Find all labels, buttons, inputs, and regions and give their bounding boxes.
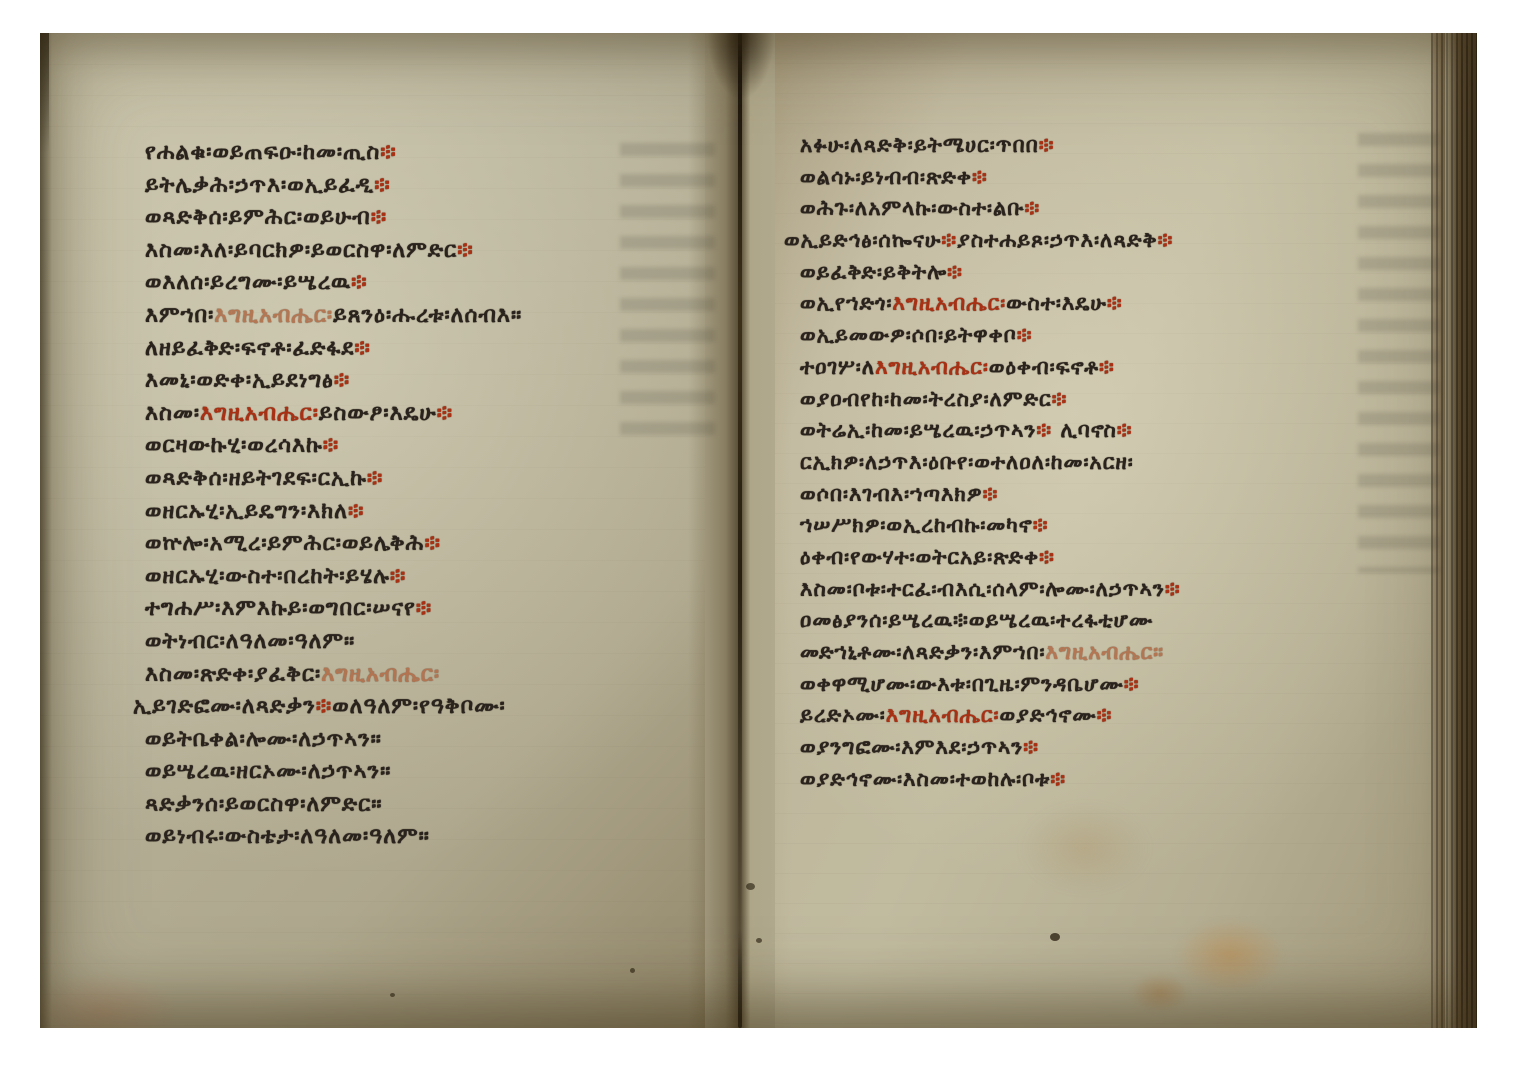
right-page-text-column: አፉሁ፡ለጻድቅ፡ይትሜሀር፡ጥበበ፨ወልሳኑ፡ይነብብ፡ጽድቀ፨ወሕጉ፡ለአም… <box>800 130 1181 795</box>
manuscript-line: ወያድኅኖሙ፡እስመ፡ተወከሉ፡ቦቱ፨ <box>800 764 1181 796</box>
manuscript-line: ኀሠሥክዎ፡ወኢረከብኩ፡መካኖ፨ <box>800 510 1181 542</box>
manuscript-line: ተዐገሦ፡ለእግዚአብሔር፡ወዕቀብ፡ፍኖቶ፨ <box>800 352 1181 384</box>
manuscript-line: አፉሁ፡ለጻድቅ፡ይትሜሀር፡ጥበበ፨ <box>800 130 1181 162</box>
rubric-text: ፨ <box>371 205 387 230</box>
manuscript-line: ወጻድቅሰ፡ዘይትገደፍ፡ርኢኩ፨ <box>145 463 522 496</box>
ink-text: ወኢይመውዎ፡ሶበ፡ይትዋቀቦ <box>800 323 1017 347</box>
rubric-text: እግዚአብሔር፡ <box>214 303 333 328</box>
rubric-text: እግዚአብሔር፡ <box>892 291 1006 315</box>
manuscript-line: ወይሤረዉ፡ዘርኦሙ፡ለኃጥኣን። <box>145 756 522 789</box>
ink-text: ወይፈቅድ፡ይቅትሎ <box>800 260 947 284</box>
ink-text: ወኢይድኅፅ፡ሰኰናሁ <box>784 228 941 252</box>
manuscript-line: ወልሳኑ፡ይነብብ፡ጽድቀ፨ <box>800 162 1181 194</box>
ink-text: እስመ፡ <box>145 401 200 426</box>
rubric-text: ፨ <box>1099 355 1115 379</box>
ink-text: ወይትቤቀል፡ሎሙ፡ለኃጥኣን <box>145 727 371 752</box>
rubric-text: እግዚአብሔር፡ <box>886 703 1000 727</box>
rubric-text: ፨ <box>1165 577 1181 601</box>
ink-text: ይስውፆ፡እዴሁ <box>319 401 437 426</box>
ink-text: ዕቀብ፡የውሃተ፡ወትርአይ፡ጽድቀ <box>800 545 1039 569</box>
rubric-text: ፨ <box>1033 513 1049 537</box>
ink-text: አፉሁ፡ለጻድቅ፡ይትሜሀር፡ጥበበ <box>800 133 1039 157</box>
ink-speck <box>756 938 762 943</box>
ink-text: ውስተ፡እዴሁ <box>1006 291 1107 315</box>
ink-text: ። <box>419 824 430 849</box>
rubric-text: እግዚአብሔር፡ <box>200 401 319 426</box>
rubric-text: ፨ <box>941 228 957 252</box>
ink-text: መድኀኒቶሙ፡ለጻድቃን፡እምኀበ፡ <box>800 640 1045 664</box>
ink-speck <box>630 968 635 973</box>
manuscript-line: ወይነብሩ፡ውስቴታ፡ለዓለመ፡ዓለም። <box>145 821 522 854</box>
ink-text: ወያድኅኖሙ <box>1000 703 1097 727</box>
ink-text: ተግሐሥ፡እምእኩይ፡ወግበር፡ሠናየ <box>145 596 416 621</box>
manuscript-line: ለዘይፈቅድ፡ፍኖቶ፡ፈድፋደ፨ <box>145 333 522 366</box>
manuscript-line: ተግሐሥ፡እምእኩይ፡ወግበር፡ሠናየ፨ <box>145 593 522 626</box>
ink-text: ይጸንዕ፡ሑረቱ፡ለሰብእ <box>333 303 511 328</box>
ink-text: ወሕጉ፡ለአምላኩ፡ውስተ፡ልቡ <box>800 196 1025 220</box>
manuscript-line: ወያንግፎሙ፡እምእደ፡ኃጥኣን፨ <box>800 732 1181 764</box>
ink-text: ወያዐብየከ፡ከመ፡ትረስያ፡ለምድር <box>800 387 1052 411</box>
rubric-text: ፨ <box>367 466 383 491</box>
ink-text: ። <box>344 629 355 654</box>
ink-text: ወያንግፎሙ፡እምእደ፡ኃጥኣን <box>800 735 1023 759</box>
manuscript-line: ዐመፅያንሰ፡ይሤረዉ፨ወይሤረዉ፡ተረፋቲሆሙ <box>800 605 1181 637</box>
manuscript-line: ወእለሰ፡ይረግሙ፡ይሤረዉ፨ <box>145 267 522 300</box>
gutter-crack <box>738 33 742 1028</box>
manuscript-line: እምኀበ፡እግዚአብሔር፡ይጸንዕ፡ሑረቱ፡ለሰብእ። <box>145 300 522 333</box>
ink-text: ያስተሐይጾ፡ኃጥእ፡ለጻድቅ <box>957 228 1157 252</box>
rubric-text: ፨ <box>947 260 963 284</box>
ink-speck <box>1050 933 1060 941</box>
ink-text: ይረድኦሙ፡ <box>800 703 886 727</box>
ink-text: ይትሌቃሕ፡ኃጥእ፡ወኢይፈዲ <box>145 173 374 198</box>
manuscript-line: እስመ፡ቦቱ፡ተርፈ፡ብእሲ፡ሰላም፡ሎሙ፡ለኃጥኣን፨ <box>800 574 1181 606</box>
manuscript-line: ጻድቃንሰ፡ይወርስዋ፡ለምድር። <box>145 789 522 822</box>
ink-text: እመኒ፡ወድቀ፡ኢይደነግፅ <box>145 368 334 393</box>
ink-text: ወትነብር፡ለዓለመ፡ዓለም <box>145 629 344 654</box>
ink-text: ኢይገድፎሙ፡ለጻድቃን <box>133 694 316 719</box>
rubric-text: ፨ <box>316 694 332 719</box>
rubric-text: ፨ <box>348 499 364 524</box>
manuscript-photo: የሐልቁ፡ወይጠፍዑ፡ከመ፡ጢስ፨ይትሌቃሕ፡ኃጥእ፡ወኢይፈዲ፨ወጻድቅሰ፡ይ… <box>40 33 1477 1028</box>
gutter-top-shadow <box>702 33 780 125</box>
manuscript-line: ወኢይድኅፅ፡ሰኰናሁ፨ያስተሐይጾ፡ኃጥእ፡ለጻድቅ፨ <box>784 225 1181 257</box>
ink-text: እስመ፡ጽድቀ፡ያፈቅር፡ <box>145 662 321 687</box>
rubric-text: ፨ <box>437 401 453 426</box>
ink-text: ወዕቀብ፡ፍኖቶ <box>989 355 1099 379</box>
book-left-edge-top <box>40 33 49 153</box>
rubric-text: ፨ <box>1097 703 1113 727</box>
rubric-text: ፨ <box>1036 418 1052 442</box>
rubric-text: ፨ <box>323 433 339 458</box>
ink-text: ። <box>371 727 382 752</box>
manuscript-line: እስመ፡ጽድቀ፡ያፈቅር፡እግዚአብሔር፡ <box>145 659 522 692</box>
manuscript-line: ወርዛውኩሂ፡ወረሳእኩ፨ <box>145 430 522 463</box>
ink-text: እምኀበ፡ <box>145 303 214 328</box>
manuscript-line: ይረድኦሙ፡እግዚአብሔር፡ወያድኅኖሙ፨ <box>800 700 1181 732</box>
manuscript-line: ወይፈቅድ፡ይቅትሎ፨ <box>800 257 1181 289</box>
rubric-text: ፨ <box>1023 735 1039 759</box>
rubric-text: ፨ <box>380 140 396 165</box>
book-fore-edge <box>1431 33 1477 1028</box>
rubric-text: ፨ <box>354 336 370 361</box>
rubric-text: ፨ <box>1039 133 1055 157</box>
ink-text: ፨ <box>953 608 969 632</box>
rubric-text: ፨ <box>425 531 441 556</box>
manuscript-line: ይትሌቃሕ፡ኃጥእ፡ወኢይፈዲ፨ <box>145 170 522 203</box>
manuscript-line: እስመ፡እግዚአብሔር፡ይስውፆ፡እዴሁ፨ <box>145 398 522 431</box>
manuscript-line: ወጻድቅሰ፡ይምሕር፡ወይሁብ፨ <box>145 202 522 235</box>
ink-text: ወዘርኡሂ፡ኢይዴግን፡እክለ <box>145 499 348 524</box>
ink-text: ። <box>511 303 522 328</box>
book-left-edge <box>40 33 52 1028</box>
manuscript-line: ርኢክዎ፡ለኃጥእ፡ዕቡየ፡ወተለዐለ፡ከመ፡አርዘ፡ <box>800 447 1181 479</box>
rubric-text: ፨ <box>1050 767 1066 791</box>
rubric-text: ፨ <box>457 238 473 263</box>
manuscript-line: ወሶበ፡እገብእ፡ኀጣእክዎ፨ <box>800 479 1181 511</box>
ink-text: ለዘይፈቅድ፡ፍኖቶ፡ፈድፋደ <box>145 336 354 361</box>
ink-text: ወርዛውኩሂ፡ወረሳእኩ <box>145 433 323 458</box>
rubric-text: ፨ <box>390 564 406 589</box>
rubric-text: ፨ <box>1017 323 1033 347</box>
ink-text: ወጻድቅሰ፡ይምሕር፡ወይሁብ <box>145 205 371 230</box>
rubric-text: ፨ <box>983 482 999 506</box>
ink-text: ወኢየኀድጎ፡ <box>800 291 892 315</box>
rubric-text: ፨ <box>334 368 350 393</box>
manuscript-line: ወኢይመውዎ፡ሶበ፡ይትዋቀቦ፨ <box>800 320 1181 352</box>
ink-text: ወኵሎ፡አሚረ፡ይምሕር፡ወይሌቅሕ <box>145 531 425 556</box>
ink-speck <box>746 883 755 890</box>
ink-text: ወሶበ፡እገብእ፡ኀጣእክዎ <box>800 482 983 506</box>
ink-text: ኀሠሥክዎ፡ወኢረከብኩ፡መካኖ <box>800 513 1033 537</box>
ink-text: ወለዓለም፡የዓቅቦሙ፡ <box>332 694 505 719</box>
rubric-text: ፨ <box>351 270 367 295</box>
left-page-text-column: የሐልቁ፡ወይጠፍዑ፡ከመ፡ጢስ፨ይትሌቃሕ፡ኃጥእ፡ወኢይፈዲ፨ወጻድቅሰ፡ይ… <box>145 137 522 854</box>
rubric-text: ፨ <box>1124 672 1140 696</box>
rubric-text: ፨ <box>972 165 988 189</box>
manuscript-line: ዕቀብ፡የውሃተ፡ወትርአይ፡ጽድቀ፨ <box>800 542 1181 574</box>
ink-text: ተዐገሦ፡ለ <box>800 355 875 379</box>
manuscript-line: እመኒ፡ወድቀ፡ኢይደነግፅ፨ <box>145 365 522 398</box>
ink-text: ወይሤረዉ፡ተረፋቲሆሙ <box>969 608 1153 632</box>
ink-text: ወቀዋሚሆሙ፡ውእቱ፡በጊዜ፡ምንዳቤሆሙ <box>800 672 1124 696</box>
manuscript-line: ወዘርኡሂ፡ውስተ፡በረከት፡ይሄሉ፨ <box>145 561 522 594</box>
ink-text: ርኢክዎ፡ለኃጥእ፡ዕቡየ፡ወተለዐለ፡ከመ፡አርዘ፡ <box>800 450 1134 474</box>
ink-text: ወዘርኡሂ፡ውስተ፡በረከት፡ይሄሉ <box>145 564 390 589</box>
ink-text: ወትሬኢ፡ከመ፡ይሤረዉ፡ኃጥኣን <box>800 418 1036 442</box>
rubric-text: ፨ <box>1117 418 1133 442</box>
rubric-text: እግዚአብሔር፡ <box>321 662 440 687</box>
book-gutter <box>688 33 792 1028</box>
ink-text: ወልሳኑ፡ይነብብ፡ጽድቀ <box>800 165 972 189</box>
manuscript-line: ወቀዋሚሆሙ፡ውእቱ፡በጊዜ፡ምንዳቤሆሙ፨ <box>800 669 1181 701</box>
ink-text: ወያድኅኖሙ፡እስመ፡ተወከሉ፡ቦቱ <box>800 767 1050 791</box>
manuscript-line: ወዘርኡሂ፡ኢይዴግን፡እክለ፨ <box>145 496 522 529</box>
ink-text: ወይነብሩ፡ውስቴታ፡ለዓለመ፡ዓለም <box>145 824 419 849</box>
ink-text: ወጻድቅሰ፡ዘይትገደፍ፡ርኢኩ <box>145 466 367 491</box>
ink-text: ። <box>380 759 391 784</box>
manuscript-line: ወትሬኢ፡ከመ፡ይሤረዉ፡ኃጥኣን፨ ሊባኖስ፨ <box>800 415 1181 447</box>
manuscript-line: እስመ፡እለ፡ይባርክዎ፡ይወርስዋ፡ለምድር፨ <box>145 235 522 268</box>
rubric-text: ፨ <box>1052 387 1068 411</box>
ink-text: እስመ፡እለ፡ይባርክዎ፡ይወርስዋ፡ለምድር <box>145 238 457 263</box>
rubric-text: ፨ <box>1025 196 1041 220</box>
manuscript-line: ወሕጉ፡ለአምላኩ፡ውስተ፡ልቡ፨ <box>800 193 1181 225</box>
rubric-text: ፨ <box>1039 545 1055 569</box>
manuscript-line: ወይትቤቀል፡ሎሙ፡ለኃጥኣን። <box>145 724 522 757</box>
manuscript-line: የሐልቁ፡ወይጠፍዑ፡ከመ፡ጢስ፨ <box>145 137 522 170</box>
manuscript-line: ወያዐብየከ፡ከመ፡ትረስያ፡ለምድር፨ <box>800 384 1181 416</box>
rubric-text: እግዚአብሔር። <box>1045 640 1164 664</box>
manuscript-line: ወኵሎ፡አሚረ፡ይምሕር፡ወይሌቅሕ፨ <box>145 528 522 561</box>
ink-text: ዐመፅያንሰ፡ይሤረዉ <box>800 608 953 632</box>
ink-text: ወእለሰ፡ይረግሙ፡ይሤረዉ <box>145 270 351 295</box>
rubric-text: ፨ <box>416 596 432 621</box>
ink-text: ሊባኖስ <box>1052 418 1117 442</box>
ink-text: የሐልቁ፡ወይጠፍዑ፡ከመ፡ጢስ <box>145 140 380 165</box>
ink-text: ወይሤረዉ፡ዘርኦሙ፡ለኃጥኣን <box>145 759 380 784</box>
rubric-text: ፨ <box>1107 291 1123 315</box>
ink-text: ጻድቃንሰ፡ይወርስዋ፡ለምድር <box>145 792 371 817</box>
ink-text: እስመ፡ቦቱ፡ተርፈ፡ብእሲ፡ሰላም፡ሎሙ፡ለኃጥኣን <box>800 577 1165 601</box>
manuscript-line: ወኢየኀድጎ፡እግዚአብሔር፡ውስተ፡እዴሁ፨ <box>800 288 1181 320</box>
rubric-text: ፨ <box>374 173 390 198</box>
manuscript-line: መድኀኒቶሙ፡ለጻድቃን፡እምኀበ፡እግዚአብሔር። <box>800 637 1181 669</box>
manuscript-line: ኢይገድፎሙ፡ለጻድቃን፨ወለዓለም፡የዓቅቦሙ፡ <box>133 691 522 724</box>
ink-text: ። <box>371 792 382 817</box>
rubric-text: ፨ <box>1158 228 1174 252</box>
ink-speck <box>390 993 395 997</box>
rubric-text: እግዚአብሔር፡ <box>875 355 989 379</box>
manuscript-line: ወትነብር፡ለዓለመ፡ዓለም። <box>145 626 522 659</box>
